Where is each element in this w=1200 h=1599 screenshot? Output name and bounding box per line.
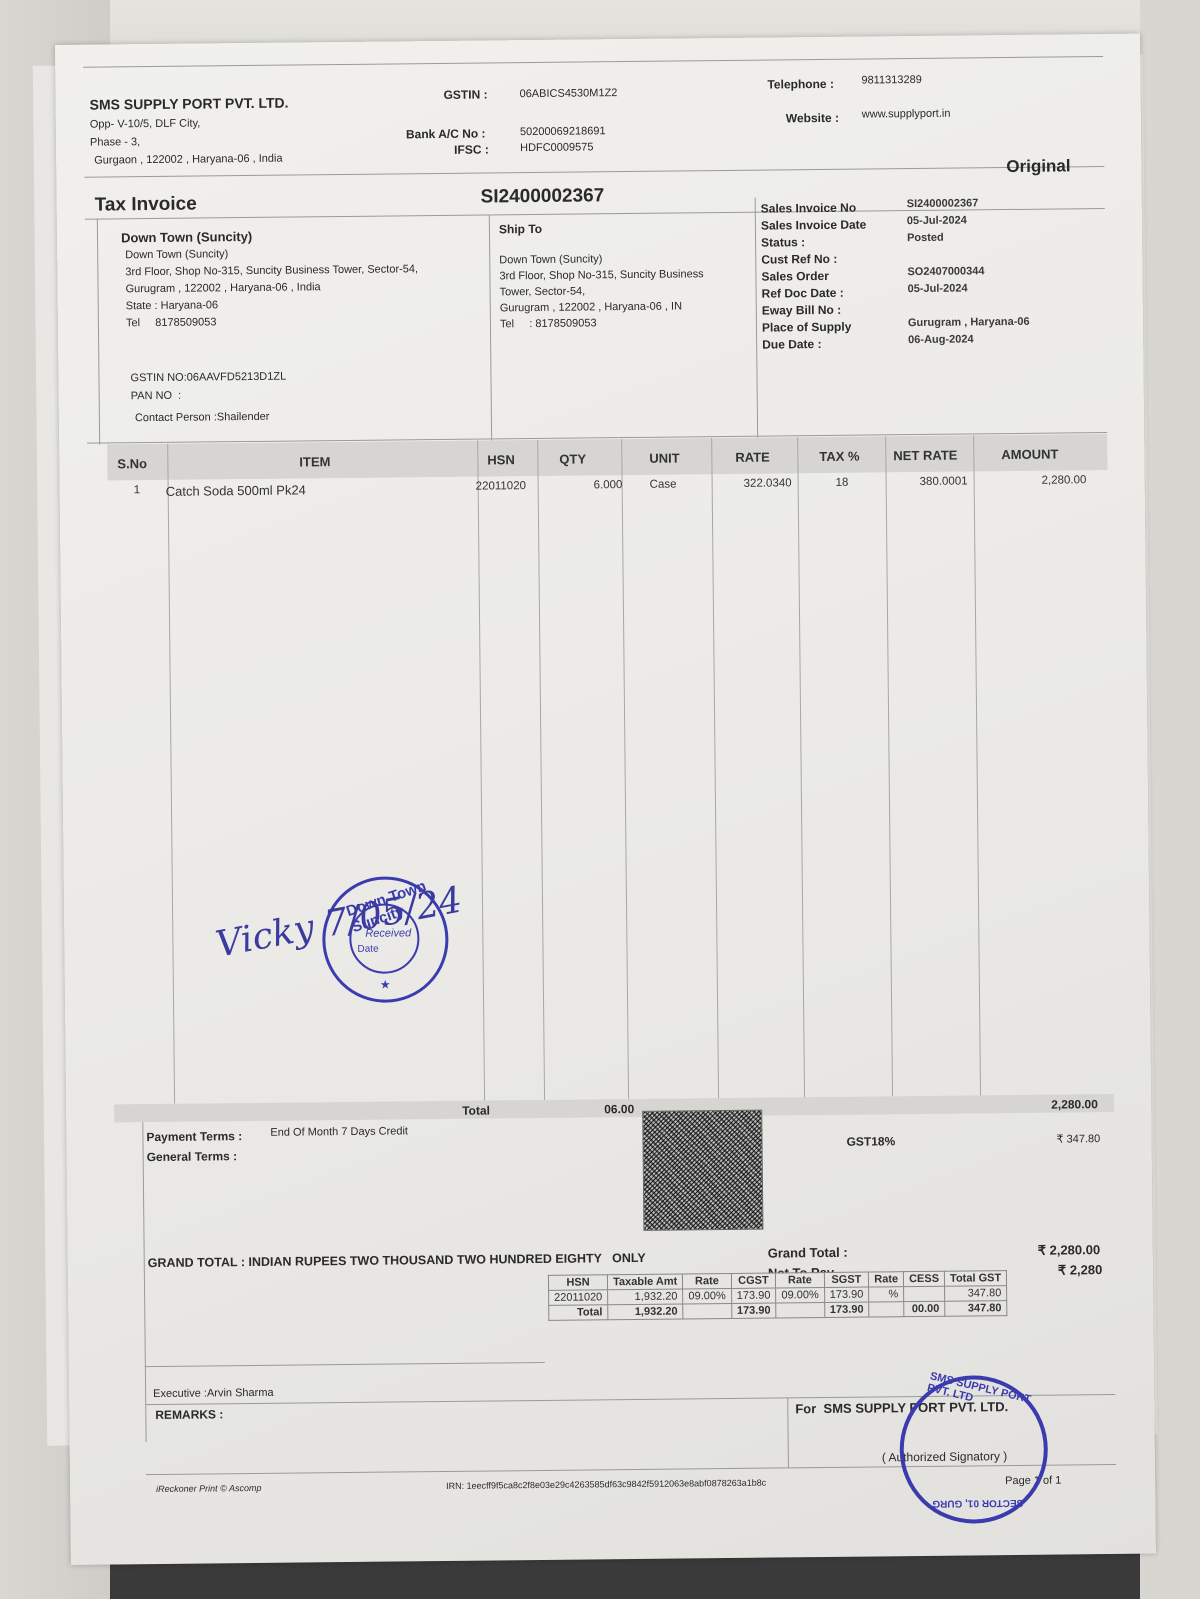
seller-gstin: 06ABICS4530M1Z2 <box>519 87 617 100</box>
ship-to-line: Gurugram , 122002 , Haryana-06 , IN <box>500 300 682 314</box>
contact-person: Contact Person :Shailender <box>135 411 270 424</box>
bill-to-pan: PAN NO : <box>131 390 182 403</box>
column-header: ITEM <box>299 454 330 469</box>
column-header: TAX % <box>819 449 859 464</box>
seller-address-3: Gurgaon , 122002 , Haryana-06 , India <box>94 153 282 167</box>
irn: IRN: 1eecff9f5ca8c2f8e03e29c4263585df63c… <box>446 1478 766 1491</box>
ifsc-label: IFSC : <box>454 142 489 156</box>
ship-to-line: Tel : 8178509053 <box>500 317 597 330</box>
tax-header: SGST <box>824 1272 869 1287</box>
meta-value: SI2400002367 <box>907 197 979 210</box>
tax-cell: Total <box>549 1305 608 1321</box>
invoice-number: SI2400002367 <box>481 185 605 208</box>
tax-cell <box>904 1286 945 1301</box>
tax-header: CESS <box>903 1271 944 1286</box>
column-divider <box>621 439 629 1099</box>
gstin-label: GSTIN : <box>443 87 487 101</box>
meta-label: Due Date : <box>762 337 821 352</box>
ifsc-code: HDFC0009575 <box>520 141 593 154</box>
invoice-page: SMS SUPPLY PORT PVT. LTD. Opp- V-10/5, D… <box>55 34 1156 1565</box>
tax-cell: 00.00 <box>904 1301 945 1316</box>
tax-cell <box>776 1303 824 1319</box>
tax-cell: % <box>869 1287 904 1302</box>
table-cell-unit: Case <box>650 479 677 491</box>
bill-to-line: Down Town (Suncity) <box>125 248 228 261</box>
ship-to-label: Ship To <box>499 222 542 236</box>
tax-cell: 347.80 <box>945 1286 1007 1302</box>
bill-to-line: Tel 8178509053 <box>126 316 217 329</box>
table-cell-qty: 6.000 <box>594 479 623 491</box>
tax-header: HSN <box>548 1275 607 1291</box>
gst-breakup-table: HSNTaxable AmtRateCGSTRateSGSTRateCESSTo… <box>548 1270 1008 1321</box>
tax-header: Rate <box>683 1273 731 1289</box>
tax-cell: 09.00% <box>683 1288 731 1304</box>
ship-to-line: Down Town (Suncity) <box>499 253 602 266</box>
grand-total-value: ₹ 2,280.00 <box>1038 1242 1101 1259</box>
column-header: HSN <box>487 452 515 467</box>
meta-value: Gurugram , Haryana-06 <box>908 316 1030 329</box>
column-divider <box>973 435 981 1095</box>
meta-value: 05-Jul-2024 <box>907 214 967 227</box>
bank-account: 50200069218691 <box>520 125 606 138</box>
tax-cell: 09.00% <box>776 1288 824 1304</box>
table-cell-amount: 2,280.00 <box>1042 474 1087 486</box>
column-header: RATE <box>735 450 770 465</box>
ship-to-line: 3rd Floor, Shop No-315, Suncity Business <box>499 268 703 282</box>
tax-cell: 1,932.20 <box>608 1289 683 1305</box>
footer-left: iReckoner Print © Ascomp <box>156 1483 261 1494</box>
column-header: NET RATE <box>893 448 957 464</box>
gst-summary-value: ₹ 347.80 <box>1056 1132 1100 1145</box>
tax-header: Rate <box>776 1273 824 1289</box>
tax-header: Total GST <box>944 1271 1006 1287</box>
bill-to-name: Down Town (Suncity) <box>121 229 252 245</box>
star-icon: ★ <box>380 978 391 992</box>
bank-label: Bank A/C No : <box>406 126 486 141</box>
meta-value: 06-Aug-2024 <box>908 333 974 346</box>
tax-cell: 1,932.20 <box>608 1304 683 1320</box>
executive: Executive :Arvin Sharma <box>153 1387 274 1400</box>
bill-to-line: 3rd Floor, Shop No-315, Suncity Business… <box>125 263 418 278</box>
meta-value: SO2407000344 <box>907 265 984 278</box>
telephone: 9811313289 <box>861 74 921 87</box>
copy-type: Original <box>1006 156 1070 177</box>
table-cell-item: Catch Soda 500ml Pk24 <box>166 482 306 498</box>
tax-cell: 173.90 <box>824 1287 869 1302</box>
total-label: Total <box>462 1104 490 1118</box>
doc-title: Tax Invoice <box>95 194 197 217</box>
column-header: AMOUNT <box>1001 447 1058 463</box>
column-divider <box>167 444 175 1104</box>
remarks-label: REMARKS : <box>155 1407 223 1422</box>
amount-in-words: GRAND TOTAL : INDIAN RUPEES TWO THOUSAND… <box>148 1251 646 1270</box>
total-amount: 2,280.00 <box>1051 1097 1098 1111</box>
seller-address-2: Phase - 3, <box>90 136 140 149</box>
table-cell-rate: 322.0340 <box>744 477 792 490</box>
website-label: Website : <box>786 111 839 126</box>
meta-label: Eway Bill No : <box>762 303 842 318</box>
telephone-label: Telephone : <box>767 77 834 92</box>
tax-header: Rate <box>869 1272 904 1287</box>
column-header: UNIT <box>649 450 679 465</box>
bill-to-gstin: GSTIN NO:06AAVFD5213D1ZL <box>130 371 286 385</box>
tax-cell: 173.90 <box>824 1302 869 1317</box>
meta-label: Cust Ref No : <box>761 252 837 267</box>
tax-cell <box>683 1303 731 1319</box>
net-to-pay-value: ₹ 2,280 <box>1058 1262 1103 1278</box>
general-terms-label: General Terms : <box>147 1149 238 1164</box>
meta-value: Posted <box>907 232 944 244</box>
qr-code <box>642 1110 763 1231</box>
tax-header: CGST <box>731 1273 776 1288</box>
table-cell-sno: 1 <box>134 484 141 496</box>
meta-label: Place of Supply <box>762 320 852 335</box>
column-header: QTY <box>559 451 586 466</box>
bill-to-line: Gurugram , 122002 , Haryana-06 , India <box>125 281 320 295</box>
bill-to-line: State : Haryana-06 <box>126 299 218 312</box>
meta-label: Sales Invoice Date <box>761 218 867 233</box>
meta-label: Sales Invoice No <box>761 201 857 216</box>
tax-cell: 347.80 <box>945 1301 1007 1317</box>
tax-cell: 22011020 <box>549 1290 608 1306</box>
seller-address-1: Opp- V-10/5, DLF City, <box>90 117 201 130</box>
tax-header: Taxable Amt <box>608 1274 683 1290</box>
table-cell-hsn: 22011020 <box>476 480 526 493</box>
meta-label: Ref Doc Date : <box>762 286 844 301</box>
company-stamp: SMS SUPPLY PORT PVT. LTD SECTOR 01, GURG <box>899 1375 1049 1525</box>
seller-name: SMS SUPPLY PORT PVT. LTD. <box>90 95 289 113</box>
column-divider <box>477 441 485 1101</box>
ship-to-line: Tower, Sector-54, <box>500 285 586 298</box>
gst-summary-label: GST18% <box>846 1134 895 1149</box>
table-cell-tax: 18 <box>836 477 849 489</box>
column-divider <box>885 436 893 1096</box>
payment-terms-value: End Of Month 7 Days Credit <box>270 1125 408 1138</box>
payment-terms-label: Payment Terms : <box>146 1129 242 1144</box>
website-link[interactable]: www.supplyport.in <box>862 108 951 121</box>
column-header: S.No <box>117 456 147 471</box>
total-qty: 06.00 <box>604 1102 634 1116</box>
meta-label: Status : <box>761 235 805 249</box>
column-divider <box>797 437 805 1097</box>
tax-cell: 173.90 <box>731 1303 776 1318</box>
tax-cell: 173.90 <box>731 1288 776 1303</box>
meta-value: 05-Jul-2024 <box>908 282 968 295</box>
column-divider <box>537 440 545 1100</box>
meta-label: Sales Order <box>761 269 829 284</box>
tax-cell <box>869 1302 904 1317</box>
table-cell-net_rate: 380.0001 <box>920 475 968 488</box>
column-divider <box>711 438 719 1098</box>
grand-total-label: Grand Total : <box>768 1245 848 1261</box>
